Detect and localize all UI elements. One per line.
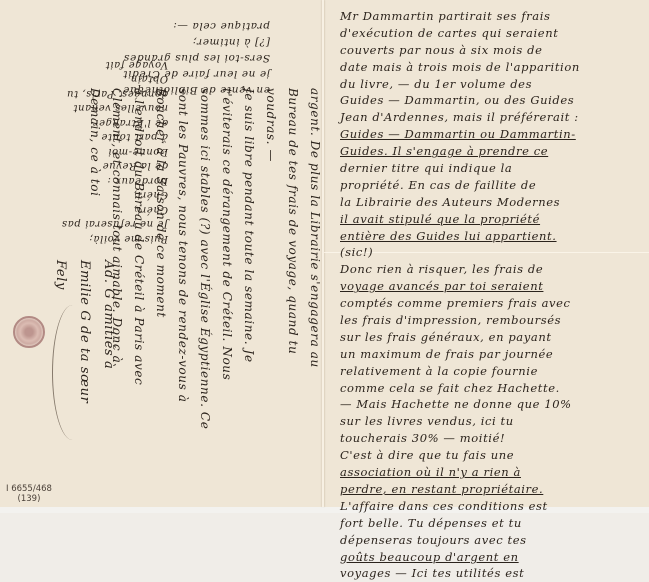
shelfmark: I 6655/468 (139)	[6, 484, 52, 504]
handwritten-line: la Librairie des Auteurs Modernes	[340, 194, 640, 211]
handwritten-line: à l'endroit du Bureau de Créteil à Paris…	[128, 88, 150, 508]
handwritten-line: relativement à la copie fournie	[340, 363, 640, 380]
handwritten-line: date mais à trois mois de l'apparition	[340, 59, 640, 76]
library-stamp-icon	[13, 316, 45, 348]
handwritten-line: voyage avancés par toi seraient	[340, 278, 640, 295]
handwritten-line: Voyage fait	[8, 57, 168, 72]
handwritten-line: Je suis libre pendant toute la semaine. …	[238, 88, 260, 508]
handwritten-line: voudras. —	[260, 88, 282, 508]
handwritten-line: Bureau de tes frais de voyage, quand tu	[282, 88, 304, 508]
handwritten-line: toucherais 30% — moitié!	[340, 430, 640, 447]
handwritten-line: t'éviterais ce dérangement de Créteil. N…	[216, 88, 238, 508]
shelfmark-folio: (139)	[6, 494, 52, 504]
handwritten-line: sont les Pauvres, nous tenons de rendez-…	[172, 88, 194, 508]
handwritten-line: les frais d'impression, remboursés	[340, 312, 640, 329]
handwritten-line: du livre, — du 1er volume des	[340, 76, 640, 93]
handwritten-line: entière des Guides lui appartient.	[340, 228, 640, 245]
handwritten-line: Jean d'Ardennes, mais il préférerait :	[340, 109, 640, 126]
handwritten-line: comme cela se fait chez Hachette.	[340, 380, 640, 397]
handwritten-line: un maximum de frais par journée	[340, 346, 640, 363]
right-page-text: Mr Dammartin partirait ses fraisd'exécut…	[340, 8, 640, 513]
handwritten-line: comptés comme premiers frais avec	[340, 295, 640, 312]
handwritten-line: Guides — Dammartin ou Dammartin-	[340, 126, 640, 143]
handwritten-line: dernier titre qui indique la	[340, 160, 640, 177]
shelfmark-number: I 6655/468	[6, 484, 52, 494]
handwritten-line: pratique cela —:	[40, 18, 270, 34]
handwritten-line: C'est à dire que tu fais une	[340, 447, 640, 464]
handwritten-line: sommes ici stables (?) avec l'Église Égy…	[194, 88, 216, 508]
handwritten-line: Guides. Il s'engage à prendre ce	[340, 143, 640, 160]
handwritten-line: Boucher à la Saison de ce moment	[150, 88, 172, 508]
handwritten-line: [?] à intimer;	[40, 34, 270, 50]
flourish-stroke	[52, 305, 93, 440]
handwritten-line: propriété. En cas de faillite de	[340, 177, 640, 194]
handwritten-line: Obtain	[8, 71, 168, 86]
handwritten-line: d'exécution de cartes qui seraient	[340, 25, 640, 42]
handwritten-line: sur les frais généraux, en payant	[340, 329, 640, 346]
handwritten-line: argent. De plus la Librairie s'engagera …	[304, 88, 326, 508]
handwritten-line: perdre, en restant propriétaire.	[340, 481, 640, 498]
handwritten-line: Mr Dammartin partirait ses frais	[340, 8, 640, 25]
handwritten-line: — Mais Hachette ne donne que 10%	[340, 396, 640, 413]
handwritten-line: Ad. G amitiés à	[96, 260, 120, 490]
handwritten-line: L'affaire dans ces conditions est	[340, 498, 640, 513]
handwritten-line: il avait stipulé que la propriété	[340, 211, 640, 228]
handwritten-line: couverts par nous à six mois de	[340, 42, 640, 59]
handwritten-line: Guides — Dammartin, ou des Guides	[340, 92, 640, 109]
handwritten-line: (sic!)	[340, 244, 640, 261]
handwritten-line: sur les livres vendus, ici tu	[340, 413, 640, 430]
handwritten-line: association où il n'y a rien à	[340, 464, 640, 481]
handwritten-line: Donc rien à risquer, les frais de	[340, 261, 640, 278]
